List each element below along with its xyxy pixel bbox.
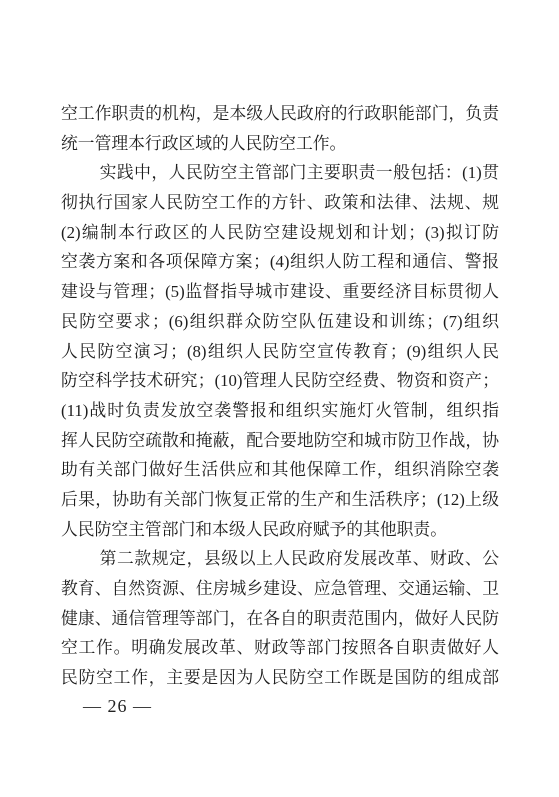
text-line: (11)战时负责发放空袭警报和组织实施灯火管制，组织指 — [61, 396, 499, 426]
text-line: 健康、通信管理等部门，在各自的职责范围内，做好人民防 — [61, 604, 499, 634]
text-line: 民防空工作，主要是因为人民防空工作既是国防的组成部 — [61, 663, 499, 693]
text-line: 防空科学技术研究；(10)管理人民防空经费、物资和资产； — [61, 366, 499, 396]
text-line: 空工作。明确发展改革、财政等部门按照各自职责做好人 — [61, 633, 499, 663]
book-page: 空工作职责的机构，是本级人民政府的行政职能部门，负责统一管理本行政区域的人民防空… — [0, 0, 559, 797]
text-line: 教育、自然资源、住房城乡建设、应急管理、交通运输、卫生 — [61, 574, 499, 604]
text-line: 人民防空演习；(8)组织人民防空宣传教育；(9)组织人民 — [61, 337, 499, 367]
page-number: — 26 — — [83, 694, 152, 718]
text-line: 空袭方案和各项保障方案；(4)组织人防工程和通信、警报 — [61, 247, 499, 277]
text-line: 空工作职责的机构，是本级人民政府的行政职能部门，负责 — [61, 99, 499, 129]
text-line: 民防空要求；(6)组织群众防空队伍建设和训练；(7)组织 — [61, 307, 499, 337]
text-line: 第二款规定，县级以上人民政府发展改革、财政、公安、 — [61, 544, 499, 574]
body-text: 空工作职责的机构，是本级人民政府的行政职能部门，负责统一管理本行政区域的人民防空… — [61, 99, 499, 693]
text-line: 实践中，人民防空主管部门主要职责一般包括：(1)贯 — [61, 158, 499, 188]
text-line: 人民防空主管部门和本级人民政府赋予的其他职责。 — [61, 515, 499, 545]
text-line: 后果，协助有关部门恢复正常的生产和生活秩序；(12)上级 — [61, 485, 499, 515]
text-line: 助有关部门做好生活供应和其他保障工作，组织消除空袭 — [61, 455, 499, 485]
text-line: 统一管理本行政区域的人民防空工作。 — [61, 129, 499, 159]
text-line: 挥人民防空疏散和掩蔽，配合要地防空和城市防卫作战，协 — [61, 426, 499, 456]
text-line: 建设与管理；(5)监督指导城市建设、重要经济目标贯彻人 — [61, 277, 499, 307]
text-line: 彻执行国家人民防空工作的方针、政策和法律、法规、规章； — [61, 188, 499, 218]
text-line: (2)编制本行政区的人民防空建设规划和计划；(3)拟订防 — [61, 218, 499, 248]
